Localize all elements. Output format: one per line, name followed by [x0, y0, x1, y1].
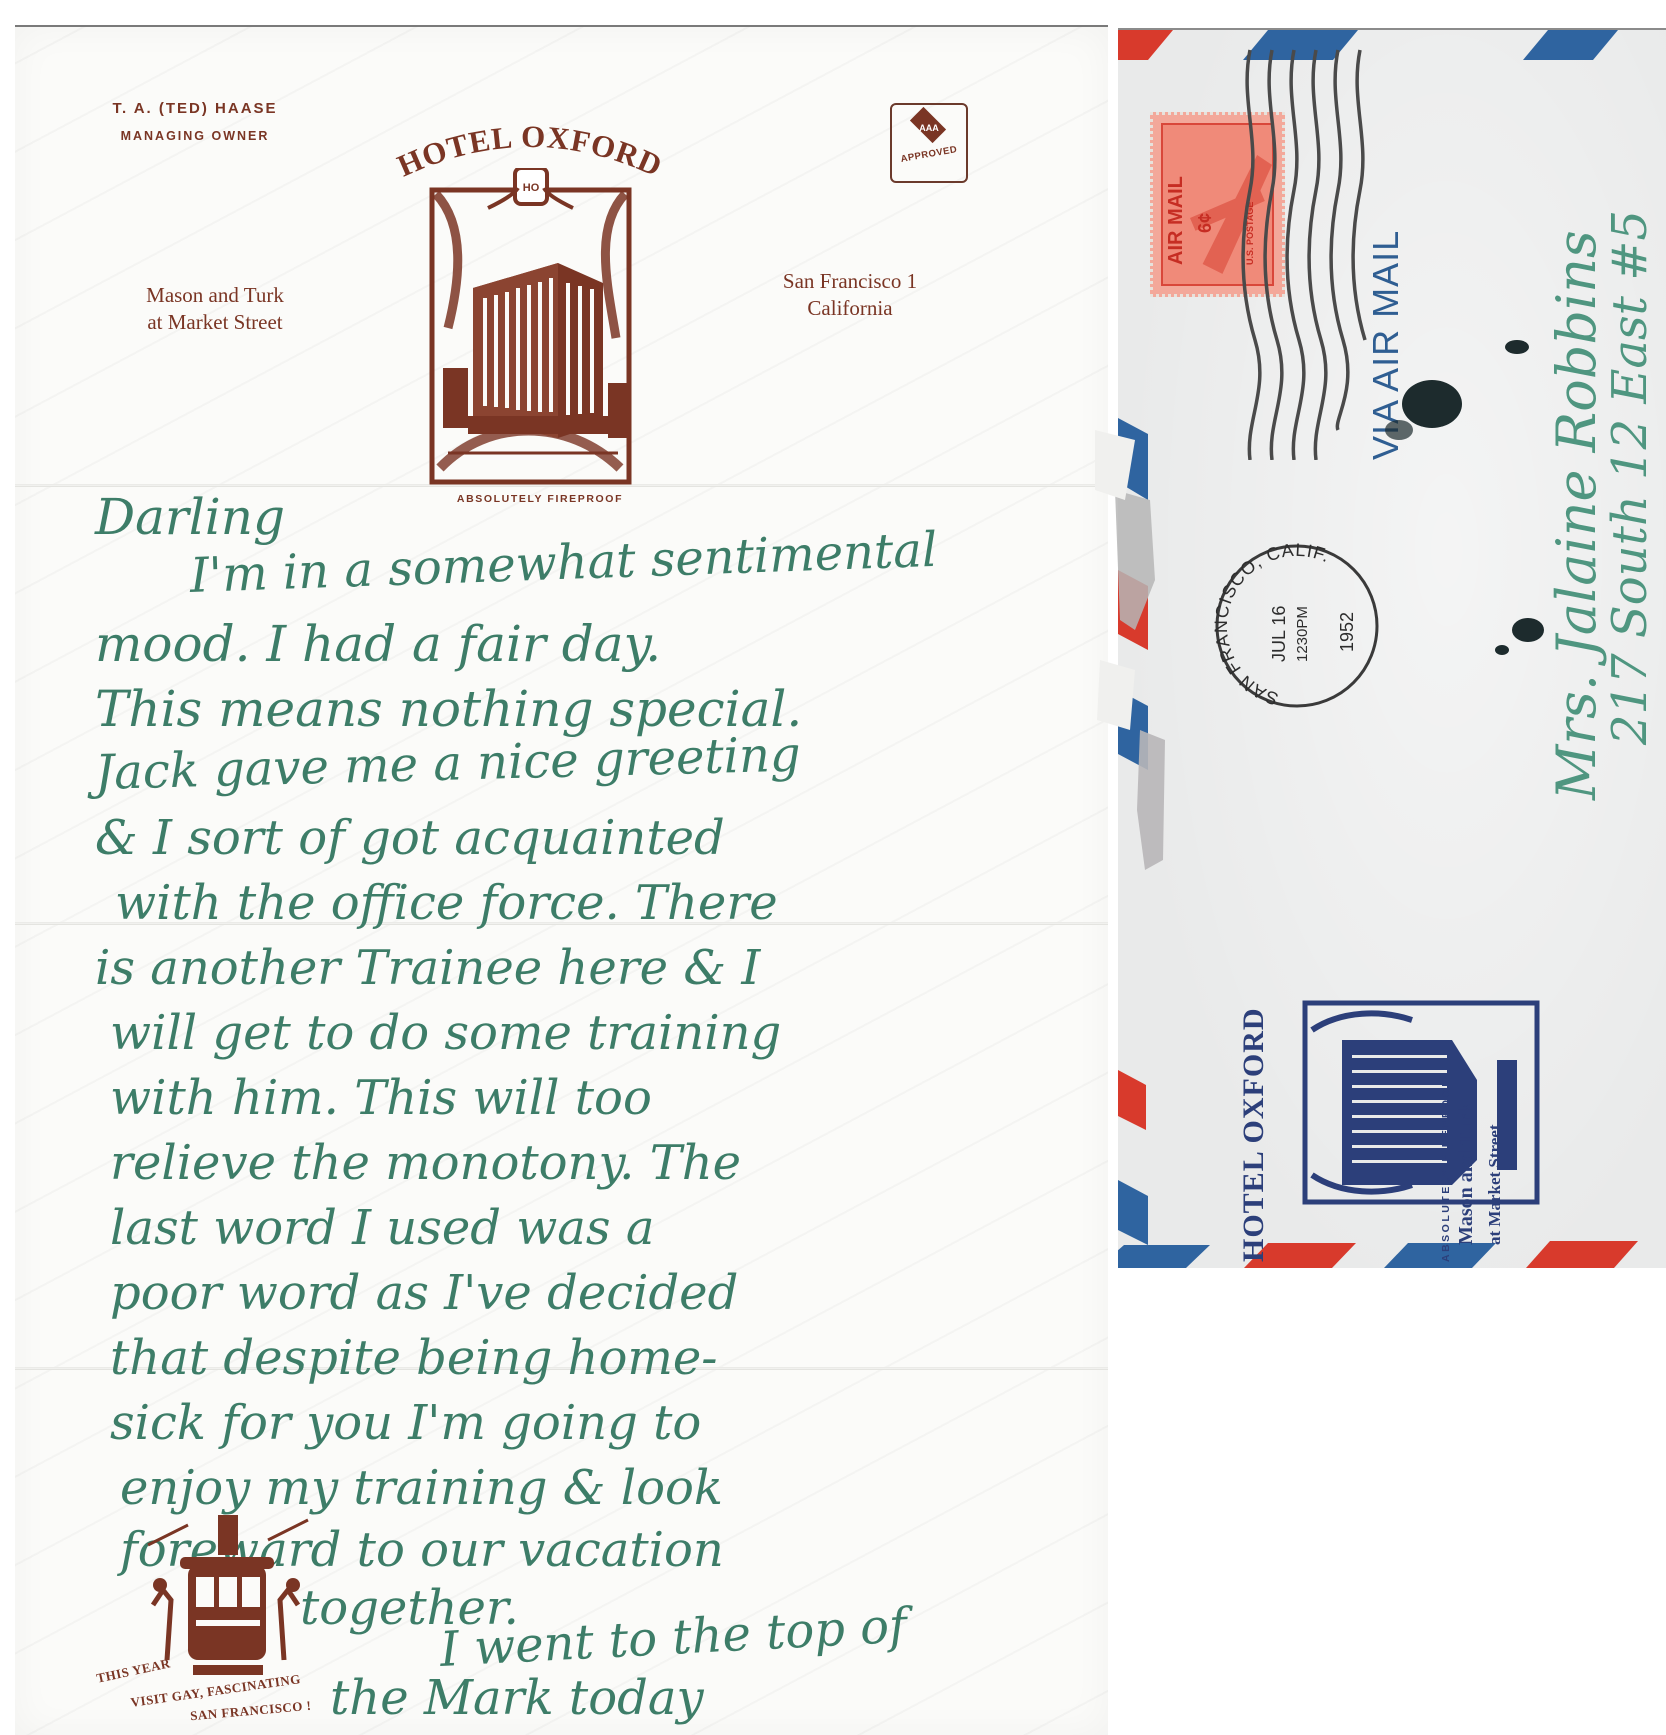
return-hotel-name: HOTEL OXFORD [1237, 1007, 1271, 1262]
ink-blot [1402, 380, 1462, 428]
cable-car-illustration: THIS YEAR VISIT GAY, FASCINATING SAN FRA… [108, 1515, 338, 1730]
handwritten-line: poor word as I've decided [110, 1265, 738, 1321]
handwritten-line: mood. I had a fair day. [95, 615, 661, 673]
handwritten-line: with him. This will too [110, 1070, 652, 1126]
handwritten-line: with the office force. There [115, 875, 778, 931]
ink-blot [1495, 645, 1509, 655]
handwritten-line: that despite being home- [110, 1330, 718, 1386]
handwritten-line: relieve the monotony. The [110, 1135, 741, 1191]
salutation: Darling [95, 488, 285, 546]
addressee-name: Mrs. Jalaine Robbins [1545, 230, 1608, 800]
ink-blot [1512, 618, 1544, 642]
return-address-line-2: at Market Street [1485, 1124, 1505, 1245]
addressee-street: 217 South 12 East #5 [1602, 210, 1658, 745]
handwritten-line: enjoy my training & look [120, 1460, 723, 1516]
handwritten-line: I'm in a somewhat sentimental [189, 522, 938, 604]
return-tagline: ABSOLUTELY FIREPROOF [1440, 1078, 1452, 1262]
handwritten-line: is another Trainee here & I [95, 940, 760, 996]
handwritten-line: sick for you I'm going to [110, 1395, 701, 1451]
handwritten-line: will get to do some training [110, 1005, 781, 1061]
postmark: SAN FRANCISCO, CALIF. JUL 16 1230PM 1952 [1213, 542, 1381, 710]
ink-blot [1385, 420, 1413, 440]
ink-blot [1505, 340, 1529, 354]
postmark-date: JUL 16 [1269, 606, 1289, 662]
torn-envelope-edge [1095, 430, 1165, 1130]
postmark-time: 1230PM [1294, 606, 1311, 662]
handwritten-line: the Mark today [330, 1670, 704, 1726]
handwritten-line: last word I used was a [110, 1200, 654, 1256]
stamp-label: AIR MAIL [1165, 176, 1188, 265]
return-address-line-1: Mason and Turk [1455, 1103, 1478, 1245]
handwritten-line: & I sort of got acquainted [95, 810, 725, 866]
postmark-year: 1952 [1337, 612, 1357, 652]
